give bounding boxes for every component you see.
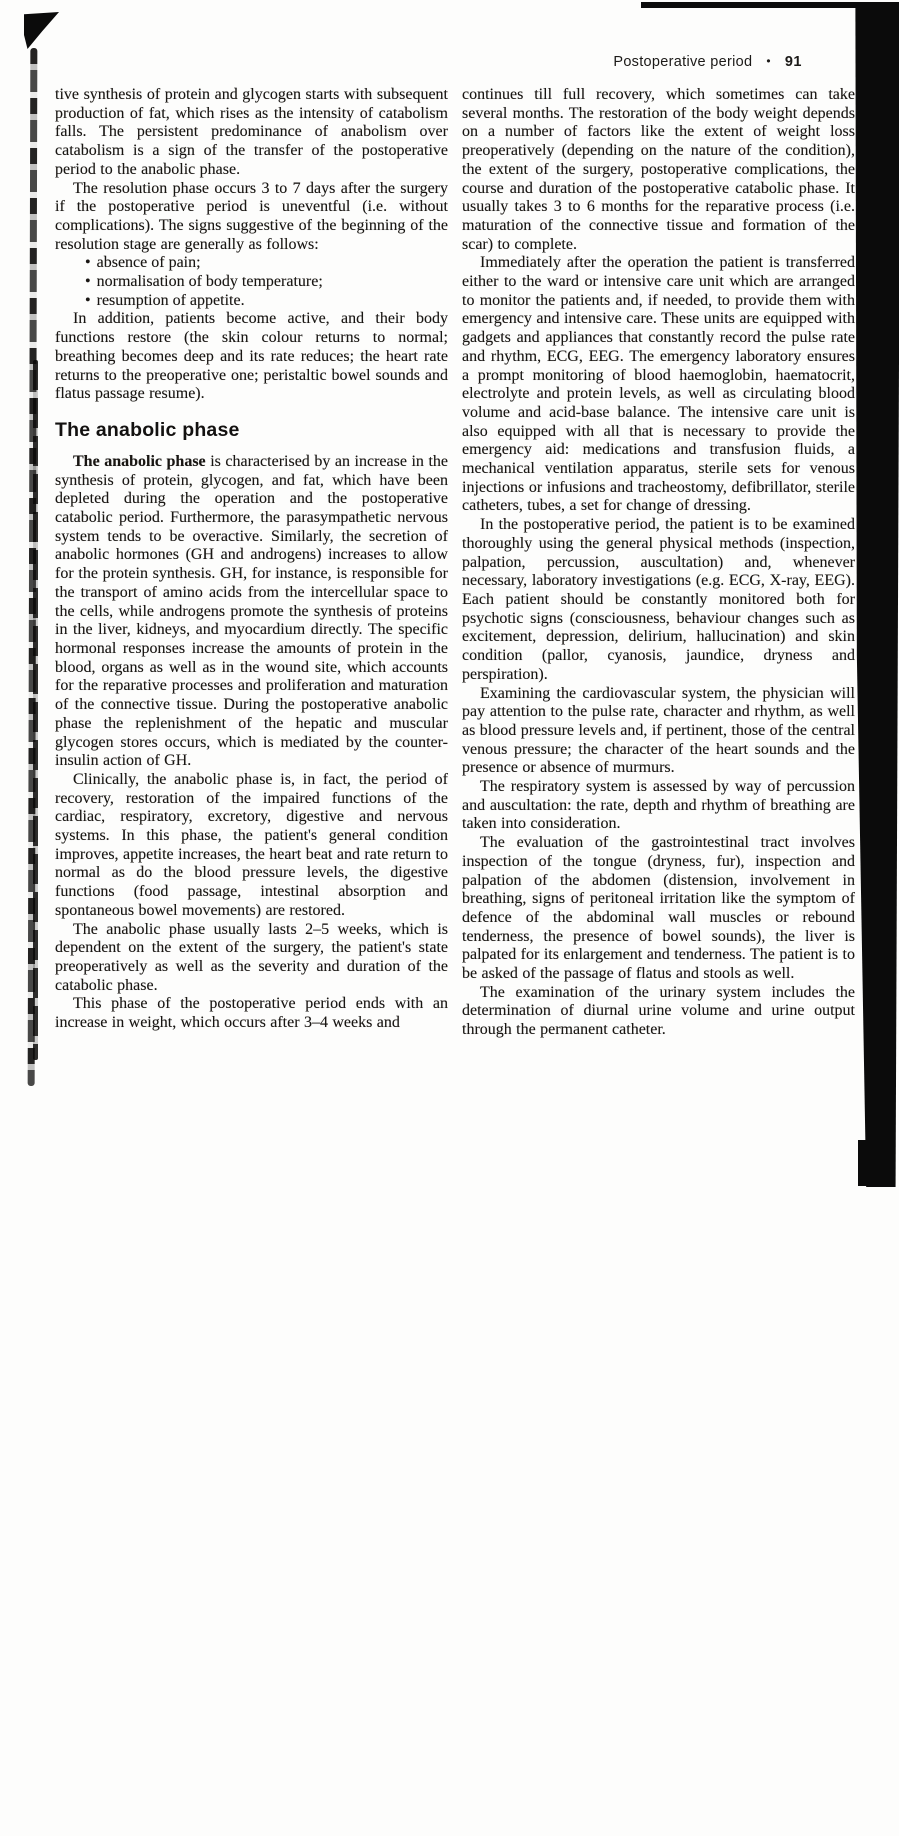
scanned-book-page: Postoperative period•91 tive synthesis o… — [0, 0, 899, 1836]
bullet-icon: • — [85, 292, 91, 309]
section-heading-anabolic-phase: The anabolic phase — [55, 419, 448, 442]
paragraph-urinary-examination: The examination of the urinary system in… — [462, 984, 855, 1040]
paragraph-clinically-recovery: Clinically, the anabolic phase is, in fa… — [55, 771, 448, 921]
list-item-label: normalisation of body temperature; — [97, 273, 323, 290]
bold-lead-anabolic-phase: The anabolic phase — [73, 453, 206, 470]
left-column: tive synthesis of protein and glycogen s… — [55, 86, 448, 1040]
list-item-label: absence of pain; — [97, 254, 201, 271]
scan-artifact-right-bar — [850, 7, 899, 1187]
paragraph-respiratory-assessment: The respiratory system is assessed by wa… — [462, 778, 855, 834]
running-head-title: Postoperative period — [613, 54, 752, 70]
paragraph-postoperative-examination: In the postoperative period, the patient… — [462, 516, 855, 684]
text-columns: tive synthesis of protein and glycogen s… — [55, 86, 855, 1040]
bullet-icon: • — [85, 254, 91, 271]
anabolic-phase-body-text: is characterised by an increase in the s… — [55, 453, 448, 769]
paragraph-anabolic-duration: The anabolic phase usually lasts 2–5 wee… — [55, 921, 448, 996]
page-number: 91 — [785, 54, 802, 70]
scan-artifact-left-gutter-noise-2 — [33, 360, 38, 1060]
paragraph-weight-increase: This phase of the postoperative period e… — [55, 995, 448, 1032]
list-item-normalisation-temperature: •normalisation of body temperature; — [85, 273, 448, 292]
list-item-absence-of-pain: •absence of pain; — [85, 254, 448, 273]
paragraph-gastrointestinal-evaluation: The evaluation of the gastrointestinal t… — [462, 834, 855, 984]
scan-artifact-right-bar-notch — [858, 1140, 869, 1186]
paragraph-anabolic-phase-description: The anabolic phase is characterised by a… — [55, 453, 448, 771]
list-item-label: resumption of appetite. — [97, 292, 245, 309]
paragraph-cardiovascular-examination: Examining the cardiovascular system, the… — [462, 685, 855, 779]
right-column: continues till full recovery, which some… — [462, 86, 855, 1040]
paragraph-intensive-care-unit: Immediately after the operation the pati… — [462, 254, 855, 516]
resolution-signs-list: •absence of pain; •normalisation of body… — [85, 254, 448, 310]
running-head-separator-dot: • — [766, 54, 771, 68]
paragraph-full-recovery: continues till full recovery, which some… — [462, 86, 855, 254]
bullet-icon: • — [85, 273, 91, 290]
paragraph-patients-become-active: In addition, patients become active, and… — [55, 310, 448, 404]
running-head: Postoperative period•91 — [462, 54, 855, 70]
paragraph-catabolism-transfer: tive synthesis of protein and glycogen s… — [55, 86, 448, 180]
scan-artifact-corner-wedge — [24, 12, 59, 49]
paragraph-resolution-phase: The resolution phase occurs 3 to 7 days … — [55, 180, 448, 255]
list-item-resumption-appetite: •resumption of appetite. — [85, 292, 448, 311]
